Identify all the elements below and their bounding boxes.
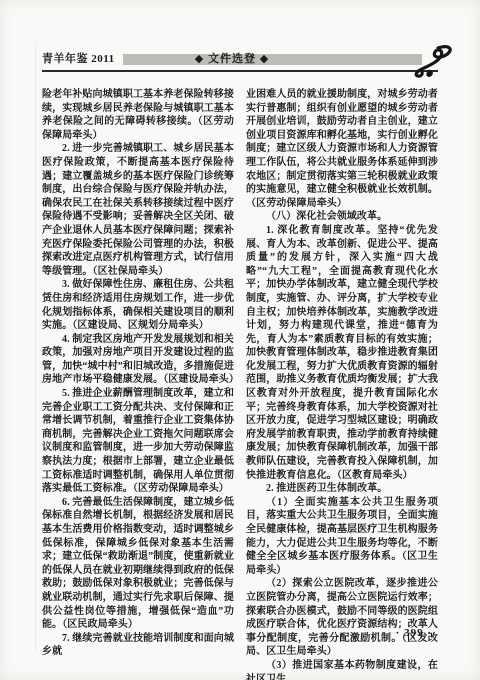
column-right: 业困难人员的就业援助制度，对城乡劳动者实行普惠制；组织有创业愿望的城乡劳动者开展… <box>246 88 438 680</box>
paragraph: 3. 做好保障性住房、廉租住房、公共租赁住房和经济适用住房规划工作，进一步优化规… <box>42 278 234 332</box>
journal-title: 青羊年鉴 2011 <box>42 52 123 67</box>
paragraph: 险老年补贴向城镇职工基本养老保险转移接续，实现城乡居民养老保险与城镇职工基本养老… <box>42 88 234 142</box>
header-rule <box>42 70 438 72</box>
scan-edge <box>35 42 36 652</box>
paragraph: 4. 制定我区房地产开发发展规划和相关政策，加强对房地产项目开发建设过程的监管，… <box>42 333 234 387</box>
paragraph: 业困难人员的就业援助制度，对城乡劳动者实行普惠制；组织有创业愿望的城乡劳动者开展… <box>246 88 438 210</box>
page-number: · 399 · <box>396 627 432 639</box>
paragraph: 6. 完善最低生活保障制度，建立城乡低保标准自然增长机制，根据经济发展和居民基本… <box>42 496 234 632</box>
page-header: ◆ 文件选登 ◆ 青羊年鉴 2011 <box>42 52 440 68</box>
calligraphy-flourish-icon <box>408 42 454 78</box>
paragraph: （1）全面实施基本公共卫生服务项目，落实重大公共卫生服务项目，全面实施全民健康体… <box>246 496 438 578</box>
paragraph: （2）探索公立医院改革，逐步推进公立医院管办分离，提高公立医院运行效率；探索联合… <box>246 577 438 659</box>
paragraph: 5. 推进企业薪酬管理制度改革，建立和完善企业职工工资分配共决、支付保障和正常增… <box>42 387 234 496</box>
sub-heading: 2. 推进医药卫生体制改革。 <box>246 482 438 496</box>
paragraph: 7. 继续完善就业技能培训制度和面向城乡就 <box>42 632 234 659</box>
paragraph: 2. 进一步完善城镇职工、城乡居民基本医疗保险政策，不断提高基本医疗保险待遇；建… <box>42 142 234 278</box>
section-heading: （八）深化社会领域改革。 <box>246 210 438 224</box>
paragraph: 1. 深化教育制度改革。坚持“优先发展、育人为本、改革创新、促进公平、提高质量”… <box>246 224 438 482</box>
yearbook-page: ◆ 文件选登 ◆ 青羊年鉴 2011 险老年补贴向城镇职工基本养老保险转移接续，… <box>0 0 480 680</box>
column-left: 险老年补贴向城镇职工基本养老保险转移接续，实现城乡居民养老保险与城镇职工基本养老… <box>42 88 234 659</box>
paragraph: （3）推进国家基本药物制度建设，在社区卫生 <box>246 659 438 680</box>
